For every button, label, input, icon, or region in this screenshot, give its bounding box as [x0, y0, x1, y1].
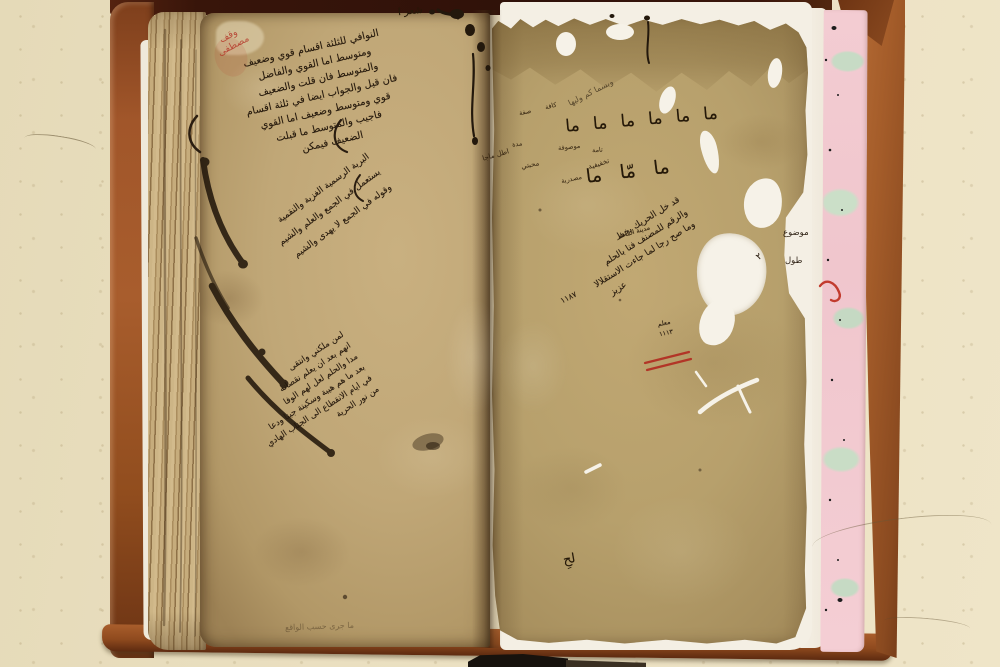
text-block-fore-edge: [148, 12, 206, 650]
dust-fiber: [23, 130, 96, 156]
pen-trial-annotation: مدة: [511, 139, 522, 148]
torn-paper-patch: [606, 24, 634, 40]
faint-watermark: [445, 298, 503, 416]
margin-note-length: طول: [785, 256, 802, 266]
torn-paper-patch: [556, 32, 576, 56]
right-page-bottom-glyph: لحِ: [562, 551, 577, 568]
book-cradle-wedge-shadow: [566, 660, 646, 667]
pen-trial-annotation: تامة: [592, 145, 604, 154]
margin-note-subject: موضوع: [783, 228, 809, 238]
manuscript-photo: شعر ا وقف مصطفى النوافي للثلثة اقسام قوي…: [0, 0, 1000, 667]
faint-watermark: [498, 318, 568, 414]
